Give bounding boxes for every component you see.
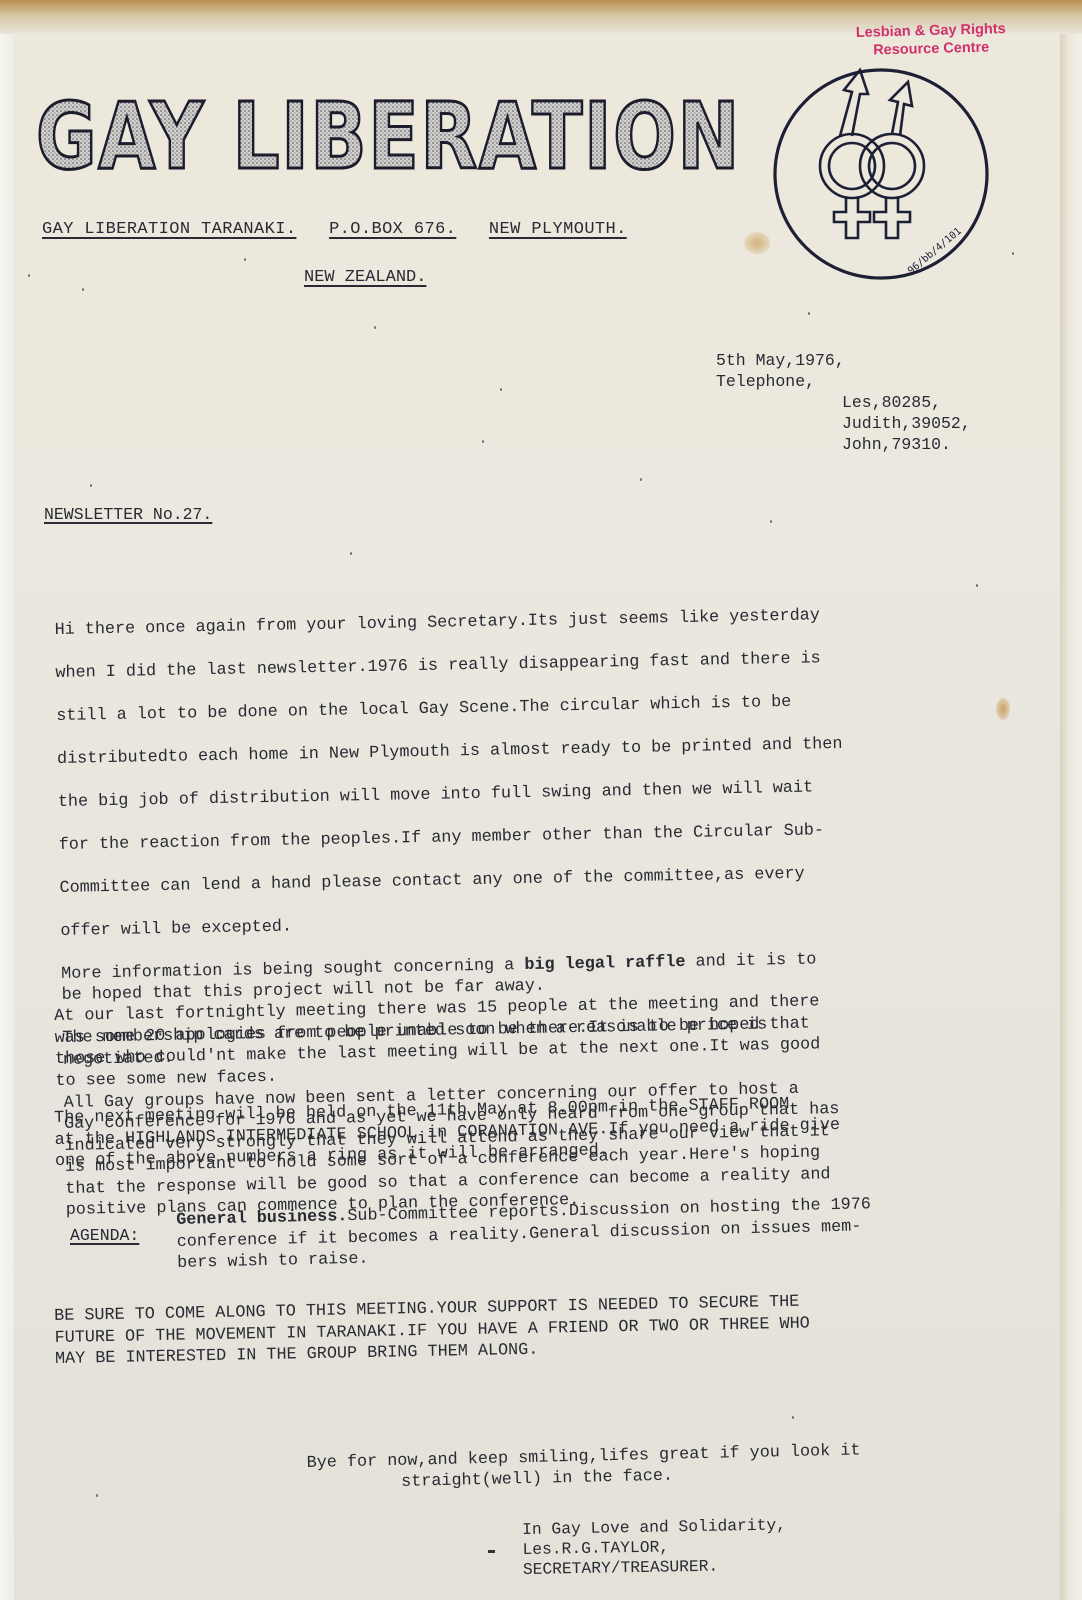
phone-list: Les,80285, Judith,39052, John,79310. — [842, 392, 971, 455]
gay-liberation-wordmark: GAY LIBERATION — [32, 86, 752, 186]
scan-border-right — [1060, 0, 1082, 1600]
phone-entry: John,79310. — [842, 434, 971, 455]
paper-speck — [244, 258, 246, 261]
intro-line: offer will be excepted. — [60, 901, 1050, 942]
intro-line: still a lot to be done on the local Gay … — [56, 686, 1046, 727]
archive-stamp: Lesbian & Gay Rights Resource Centre — [836, 20, 1027, 61]
intro-line: the big job of distribution will move in… — [58, 772, 1048, 813]
city: NEW PLYMOUTH. — [489, 220, 627, 239]
agenda-label: AGENDA: — [70, 1226, 139, 1245]
org-name: GAY LIBERATION TARANAKI. — [42, 220, 296, 239]
paper-speck — [770, 520, 772, 523]
paper-speck — [500, 388, 502, 391]
newsletter-number: NEWSLETTER No.27. — [44, 505, 212, 524]
country: NEW ZEALAND. — [304, 268, 426, 287]
paper-speck — [976, 584, 978, 587]
intro-line: Hi there once again from your loving Sec… — [54, 600, 1044, 641]
intro-line: distributedto each home in New Plymouth … — [57, 729, 1047, 770]
intro-line: for the reaction from the peoples.If any… — [59, 815, 1049, 856]
phone-entry: Judith,39052, — [842, 413, 971, 434]
address-line: GAY LIBERATION TARANAKI. P.O.BOX 676. NE… — [42, 220, 649, 239]
paper-speck — [1012, 252, 1014, 255]
paper-speck — [28, 274, 30, 277]
signature-block: In Gay Love and Solidarity, Les.R.G.TAYL… — [522, 1515, 787, 1580]
closing-remark: Bye for now,and keep smiling,lifes great… — [306, 1417, 988, 1516]
paper-stain — [744, 232, 770, 254]
phone-entry: Les,80285, — [842, 392, 971, 413]
date-and-contacts: 5th May,1976, Telephone, Les,80285, Judi… — [716, 350, 971, 455]
gender-symbols-logo: 96/bb/4/101 — [770, 64, 992, 284]
paper-speck — [90, 484, 92, 487]
po-box: P.O.BOX 676. — [329, 220, 456, 239]
interlocked-gender-icon: 96/bb/4/101 — [770, 64, 992, 284]
letter-date: 5th May,1976, — [716, 350, 971, 371]
paper-speck — [792, 1416, 794, 1419]
paper-speck — [808, 312, 810, 315]
telephone-label: Telephone, — [716, 371, 971, 392]
svg-text:96/bb/4/101: 96/bb/4/101 — [906, 226, 964, 277]
masthead-logotype: GAY LIBERATION — [32, 86, 752, 186]
dash-mark — [488, 1550, 495, 1553]
intro-line: Committee can lend a hand please contact… — [59, 858, 1049, 899]
paper-speck — [640, 478, 642, 481]
paper-speck — [82, 288, 84, 291]
svg-text:GAY LIBERATION: GAY LIBERATION — [36, 86, 741, 186]
paper-speck — [350, 552, 352, 555]
paper-speck — [96, 1494, 98, 1497]
paper-speck — [374, 326, 376, 329]
intro-line: when I did the last newsletter.1976 is r… — [55, 643, 1045, 684]
paper-speck — [482, 440, 484, 443]
raffle-emphasis: big legal raffle — [524, 952, 685, 974]
